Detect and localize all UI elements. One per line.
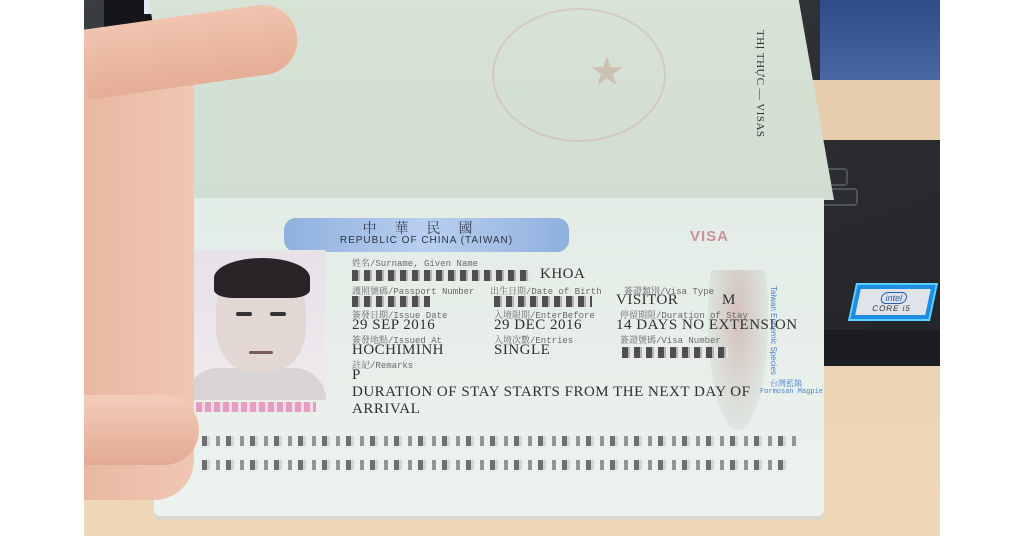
visa-banner: 中華民國 REPUBLIC OF CHINA (TAIWAN)	[284, 218, 569, 252]
visa-number-label: 簽證號碼/Visa Number	[620, 333, 721, 346]
upper-page-heading: THỊ THỰC — VISAS	[754, 30, 766, 138]
redacted-signature	[196, 402, 316, 412]
sex-value: M	[722, 292, 736, 309]
redacted-mrz-line-2	[202, 460, 792, 470]
passport-photo-scene: intel CORE i5 ★ THỊ THỰC — VISAS 中華民國 RE…	[84, 0, 940, 536]
redacted-dob	[494, 296, 592, 307]
redacted-name	[352, 270, 532, 281]
redacted-passport-number	[352, 296, 430, 307]
background-object	[820, 0, 940, 90]
holder-photo	[186, 250, 326, 400]
visa-type-value: VISITOR	[616, 292, 678, 309]
endemic-species-text: Taiwan Endemic Species	[769, 286, 778, 375]
banner-english: REPUBLIC OF CHINA (TAIWAN)	[284, 235, 569, 246]
visa-stamp: VISA	[690, 228, 729, 245]
redacted-mrz-line-1	[202, 436, 797, 446]
intel-badge: intel CORE i5	[848, 283, 938, 321]
name-label: 姓名/Surname, Given Name	[352, 256, 478, 269]
redacted-visa-number	[622, 347, 728, 358]
remarks-line-3: ARRIVAL	[352, 401, 420, 418]
bird-name-en: Formosan Magpie	[760, 388, 823, 396]
remarks-label: 註記/Remarks	[352, 358, 413, 371]
emblem-watermark-icon: ★	[492, 8, 666, 142]
remarks-line-2: DURATION OF STAY STARTS FROM THE NEXT DA…	[352, 384, 750, 401]
thumb	[84, 395, 199, 465]
issue-date-value: 29 SEP 2016	[352, 317, 435, 334]
remarks-line-1: P	[352, 367, 361, 384]
enter-before-value: 29 DEC 2016	[494, 317, 582, 334]
issued-at-value: HOCHIMINH	[352, 342, 444, 359]
entries-value: SINGLE	[494, 342, 550, 359]
intel-logo: intel	[879, 292, 908, 304]
intel-model: CORE i5	[871, 304, 911, 313]
name-value: KHOA	[540, 266, 585, 283]
